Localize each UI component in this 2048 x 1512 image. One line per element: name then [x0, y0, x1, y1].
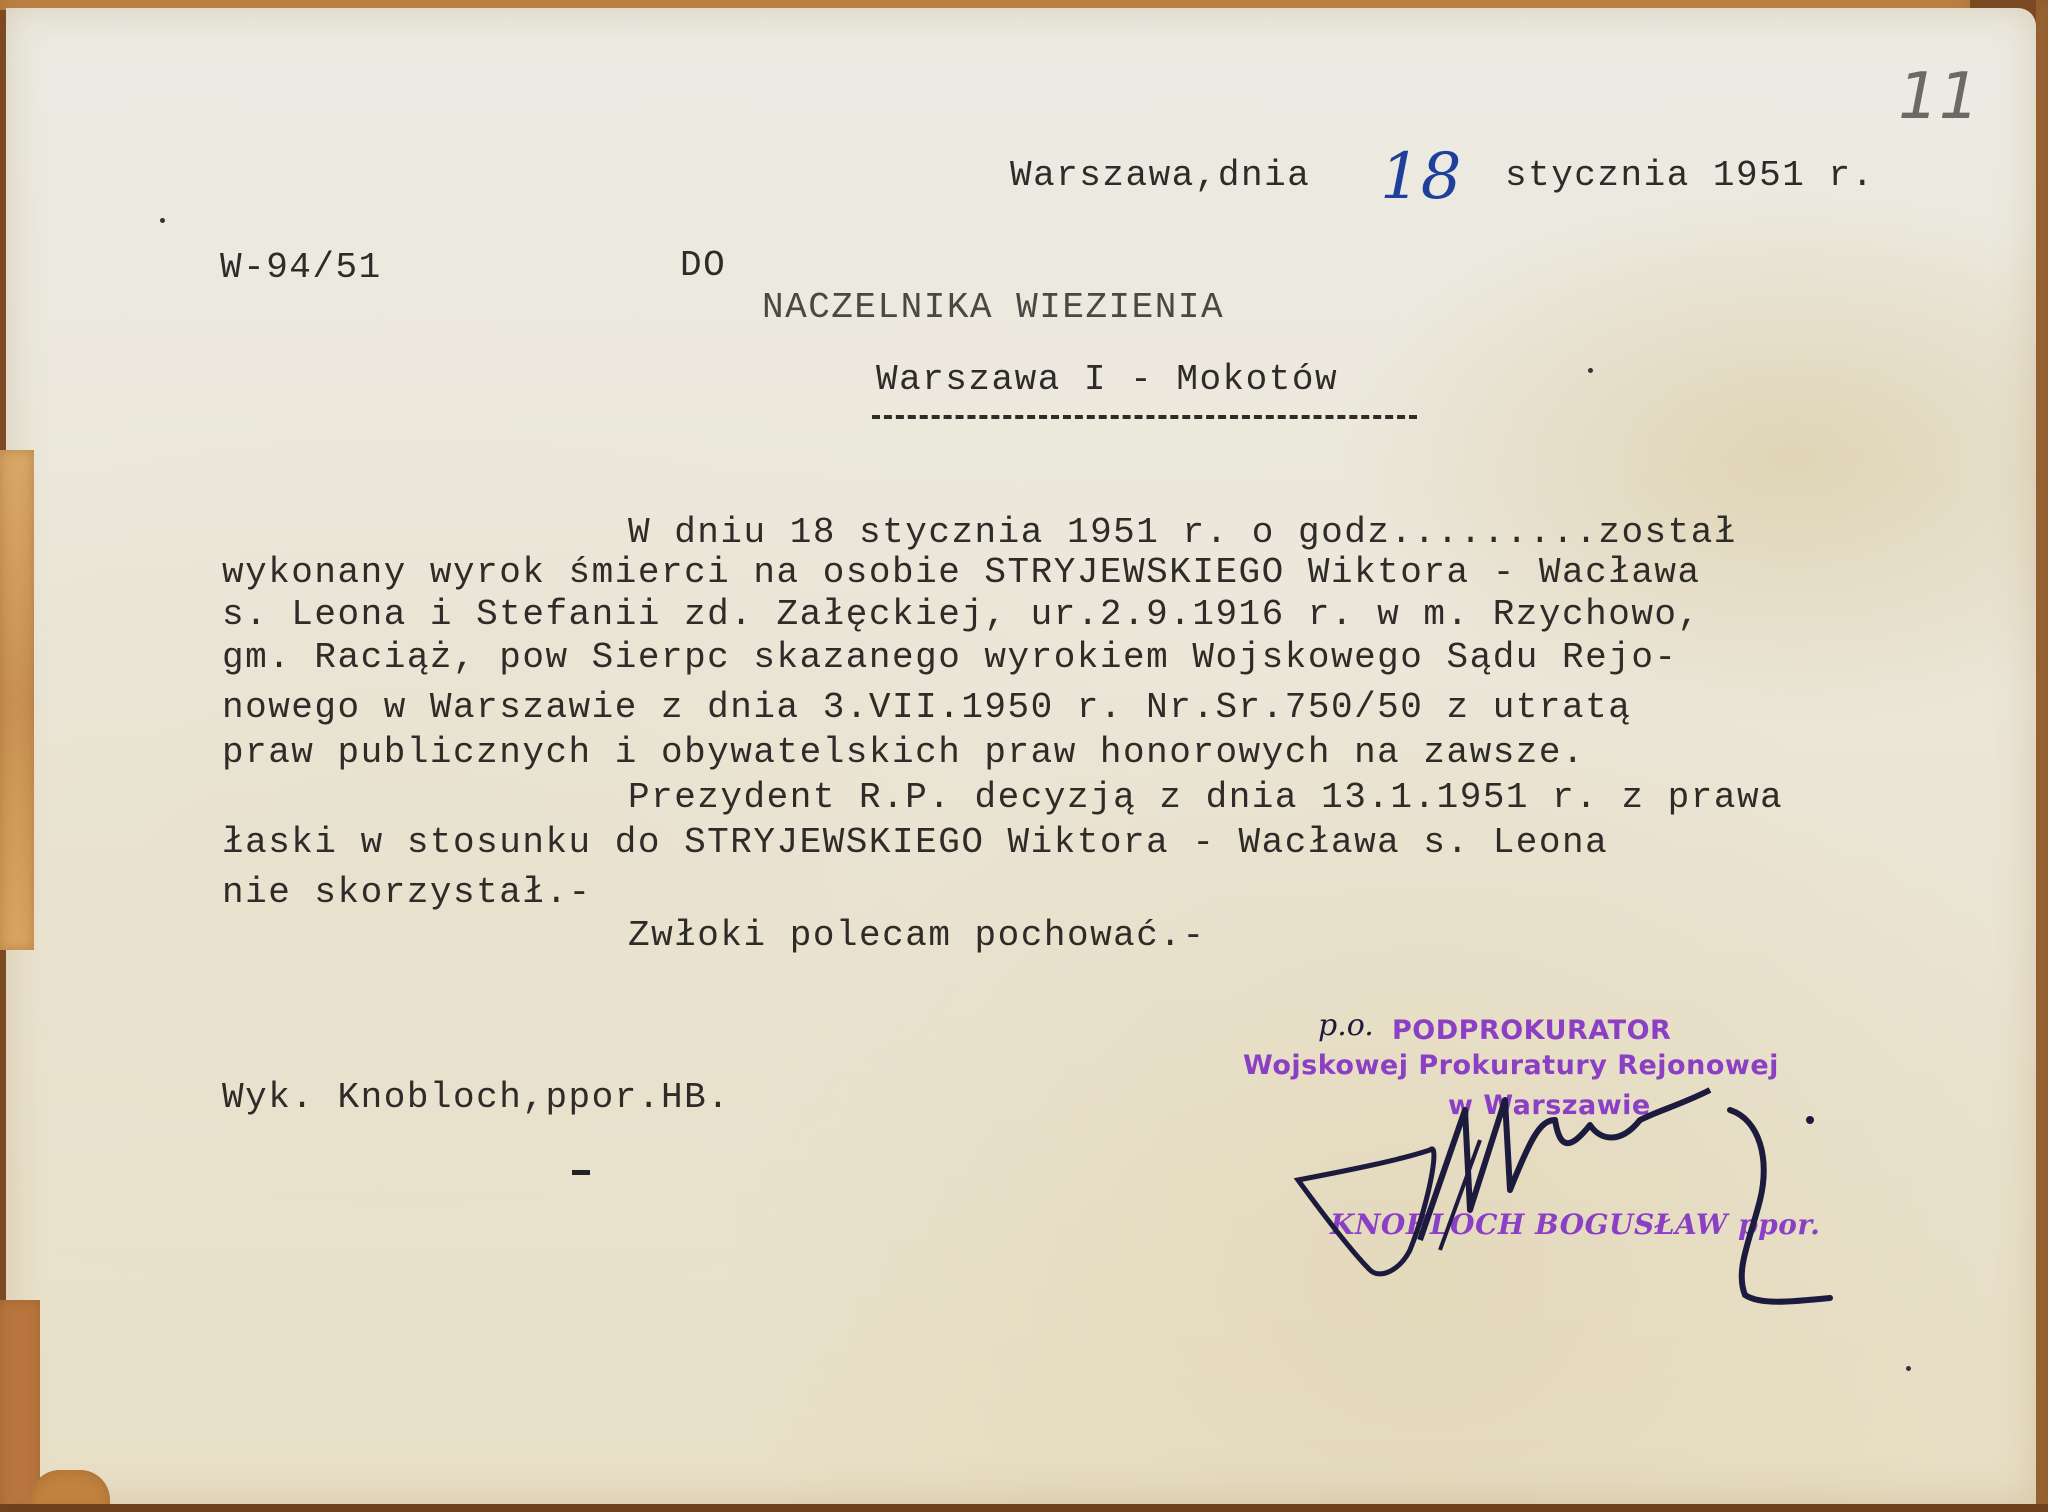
body-line-4: gm. Raciąż, pow Sierpc skazanego wyrokie… — [222, 640, 1678, 676]
paper-speck — [160, 218, 165, 223]
stamp-line-1: PODPROKURATOR — [1392, 1015, 1671, 1046]
addressee-line1: NACZELNIKA WIEZIENIA — [762, 290, 1224, 326]
left-tape-strip — [0, 450, 34, 950]
addressee-underline — [872, 415, 1417, 419]
left-bottom-tape — [0, 1300, 40, 1512]
body-line-7: Prezydent R.P. decyzją z dnia 13.1.1951 … — [628, 780, 1783, 816]
scanned-document: 11 Warszawa,dnia 18 stycznia 1951 r. W-9… — [0, 0, 2048, 1512]
body-line-6: praw publicznych i obywatelskich praw ho… — [222, 735, 1585, 771]
stamp-line-2: Wojskowej Prokuratury Rejonowej — [1243, 1050, 1779, 1081]
right-edge — [2036, 0, 2048, 1512]
reference-number: W-94/51 — [220, 250, 382, 286]
body-line-5: nowego w Warszawie z dnia 3.VII.1950 r. … — [222, 690, 1631, 726]
body-line-3: s. Leona i Stefanii zd. Załęckiej, ur.2.… — [222, 597, 1701, 633]
date-suffix: stycznia 1951 r. — [1505, 158, 1875, 194]
signature-scribble — [1290, 1080, 1850, 1320]
addressee-line2: Warszawa I - Mokotów — [876, 362, 1338, 398]
dash-mark — [572, 1170, 590, 1175]
body-line-2: wykonany wyrok śmierci na osobie STRYJEW… — [222, 555, 1701, 591]
date-day-handwritten: 18 — [1380, 140, 1461, 214]
page-number-pencil: 11 — [1898, 60, 1979, 134]
paper-speck — [1906, 1366, 1911, 1371]
addressee-to: DO — [680, 248, 726, 284]
body-line-10: Zwłoki polecam pochować.- — [628, 918, 1206, 954]
stamp-handwritten-prefix: p.o. — [1318, 1008, 1374, 1043]
executor-note: Wyk. Knobloch,ppor.HB. — [222, 1080, 730, 1116]
body-line-1: W dniu 18 stycznia 1951 r. o godz.......… — [628, 515, 1737, 551]
paper-speck — [1588, 368, 1593, 373]
body-line-9: nie skorzystał.- — [222, 875, 592, 911]
date-prefix: Warszawa,dnia — [1010, 158, 1310, 194]
bottom-edge — [0, 1504, 2048, 1512]
body-line-8: łaski w stosunku do STRYJEWSKIEGO Wiktor… — [222, 825, 1608, 861]
